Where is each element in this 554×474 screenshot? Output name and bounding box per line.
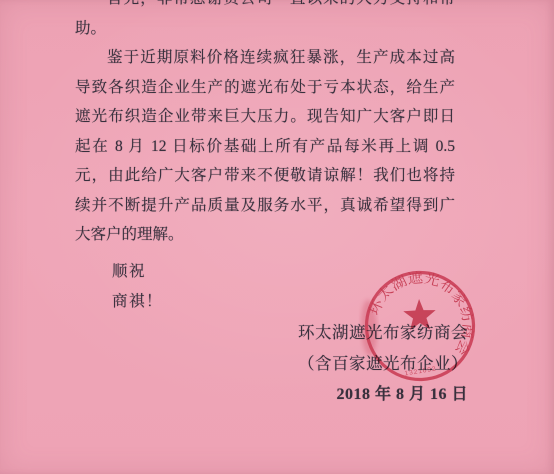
- seal-star-icon: [403, 298, 436, 330]
- seal-number: 1321092: [404, 366, 437, 378]
- closing-shangqi: 商祺！: [112, 289, 163, 311]
- letter-page: 首先，非常感谢贵公司一直以来的大力支持和帮 助。 鉴于近期原料价格连续疯狂暴涨，…: [0, 0, 554, 474]
- body-line-5: 遮光布织造企业带来巨大压力。现告知广大客户即日: [75, 102, 455, 132]
- body-line-6: 起在 8 月 12 日标价基础上所有产品每米再上调 0.5: [75, 132, 455, 162]
- body-line-3: 鉴于近期原料价格连续疯狂暴涨，生产成本过高: [75, 43, 455, 73]
- body-line-9: 大客户的理解。: [75, 220, 455, 250]
- letter-body: 首先，非常感谢贵公司一直以来的大力支持和帮 助。 鉴于近期原料价格连续疯狂暴涨，…: [75, 0, 455, 250]
- closing-shunzhu: 顺祝: [112, 259, 146, 281]
- official-seal-stamp: 环太湖遮光布家纺商会 1321092: [356, 262, 484, 390]
- seal-ring: [365, 271, 476, 382]
- body-line-1-partial: 首先，非常感谢贵公司一直以来的大力支持和帮: [75, 0, 455, 14]
- body-line-2: 助。: [75, 14, 455, 44]
- body-line-8: 续并不断提升产品质量及服务水平，真诚希望得到广: [75, 191, 455, 221]
- body-line-4: 导致各织造企业生产的遮光布处于亏本状态，给生产: [75, 73, 455, 103]
- body-line-7: 元，由此给广大客户带来不便敬请谅解！我们也将持: [75, 161, 455, 191]
